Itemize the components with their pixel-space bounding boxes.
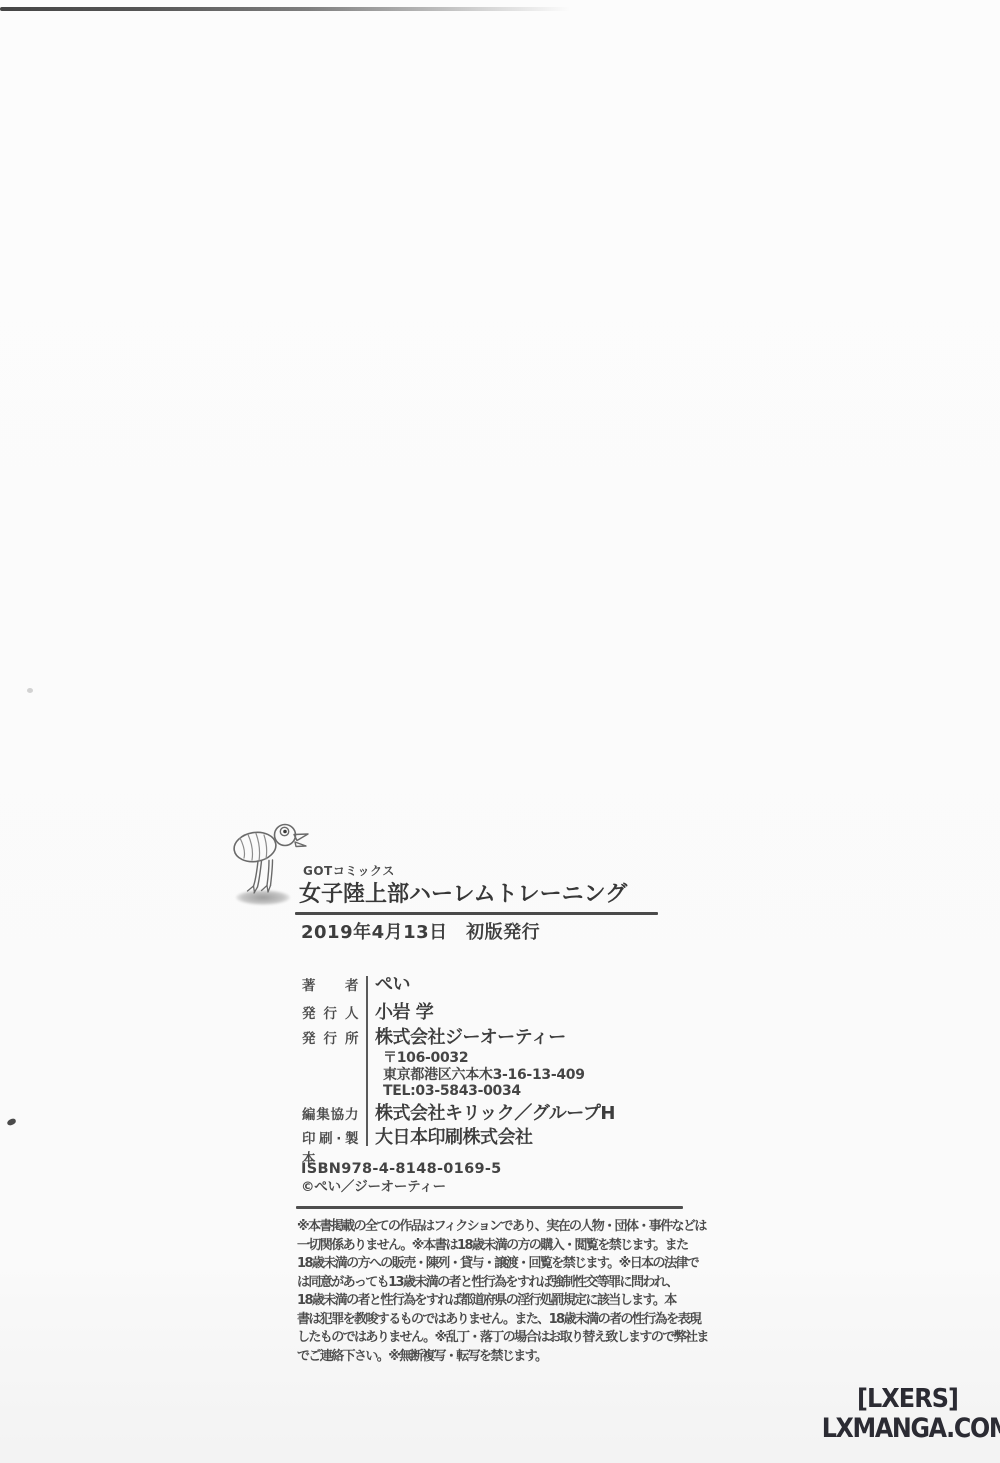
phone-line: TEL:03-5843-0034 [383,1083,702,1100]
row-value: 大日本印刷株式会社 [375,1128,533,1148]
disclaimer-block: ※本書掲載の全ての作品はフィクションであり、実在の人物・団体・事件などは 一切関… [297,1218,697,1366]
book-title: 女子陸上部ハーレムトレーニング [299,881,627,908]
address-line: 東京都港区六本木3-16-13-409 [383,1067,702,1084]
table-row-author: 著者 ぺい [302,975,702,996]
table-row-publisher-person: 発行人 小岩 学 [302,1003,702,1024]
row-label: 発行人 [302,1004,358,1024]
disclaimer-line: は同意があっても13歳未満の者と性行為をすれば強制性交等罪に問われ、 [297,1274,697,1293]
title-underline [295,912,658,915]
disclaimer-line: したものではありません。※乱丁・落丁の場合はお取り替え致しますので弊社ま [297,1329,697,1348]
table-row-editing-cooperation: 編集協力 株式会社キリック／グループH [302,1104,702,1125]
publication-info-table: 著者 ぺい 発行人 小岩 学 発行所 株式会社ジーオーティー 〒106-0032… [302,975,702,1169]
postal-code: 〒106-0032 [383,1050,702,1067]
row-value: ぺい [375,975,410,995]
watermark-tag: [LXERS] [818,1385,997,1414]
scan-artifact-speck [27,688,33,693]
row-label: 著者 [302,976,358,996]
publisher-address-block: 〒106-0032 東京都港区六本木3-16-13-409 TEL:03-584… [302,1050,702,1100]
disclaimer-line: 18歳未満の方への販売・陳列・貸与・譲渡・回覧を禁じます。※日本の法律で [297,1255,697,1274]
scan-artifact-ink-dot [6,1118,16,1126]
edition-date-line: 2019年4月13日 初版発行 [301,921,540,944]
disclaimer-separator-line [296,1206,683,1209]
site-watermark: [LXERS] LXMANGA.COM [810,1385,1000,1444]
row-value: 株式会社ジーオーティー [375,1028,566,1048]
table-row-publisher-company: 発行所 株式会社ジーオーティー [302,1028,702,1049]
disclaimer-line: 18歳未満の者と性行為をすれば都道府県の淫行処罰規定に該当します。本 [297,1292,697,1311]
copyright-line: ©ぺい／ジーオーティー [301,1179,446,1195]
watermark-domain: LXMANGA.COM [822,1414,994,1444]
disclaimer-line: 書は犯罪を教唆するものではありません。また、18歳未満の者の性行為を表現 [297,1311,697,1330]
imprint-label: GOTコミックス [303,864,395,879]
disclaimer-line: ※本書掲載の全ての作品はフィクションであり、実在の人物・団体・事件などは [297,1218,697,1237]
row-value: 株式会社キリック／グループH [375,1104,615,1124]
table-divider-line [366,976,368,1146]
scan-artifact-top-line [0,7,770,11]
row-label: 編集協力 [302,1105,358,1125]
row-value: 小岩 学 [375,1003,433,1023]
row-label: 発行所 [302,1029,358,1049]
disclaimer-line: でご連絡下さい。※無断複写・転写を禁じます。 [297,1348,697,1367]
scanned-colophon-page: GOTコミックス 女子陸上部ハーレムトレーニング 2019年4月13日 初版発行… [0,0,1000,1463]
disclaimer-line: 一切関係ありません。※本書は18歳未満の方の購入・閲覧を禁じます。また [297,1237,697,1256]
isbn-line: ISBN978-4-8148-0169-5 [301,1161,502,1178]
